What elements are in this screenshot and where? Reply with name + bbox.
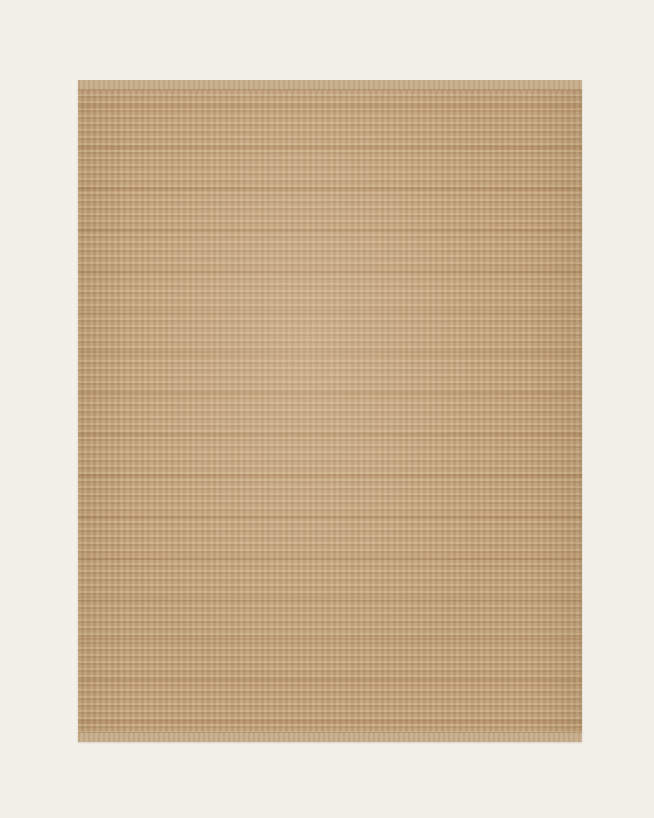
jute-rug [78, 80, 582, 742]
rug-shading [78, 80, 582, 742]
rug-top-hem [78, 80, 582, 90]
rug-bottom-hem [78, 732, 582, 742]
